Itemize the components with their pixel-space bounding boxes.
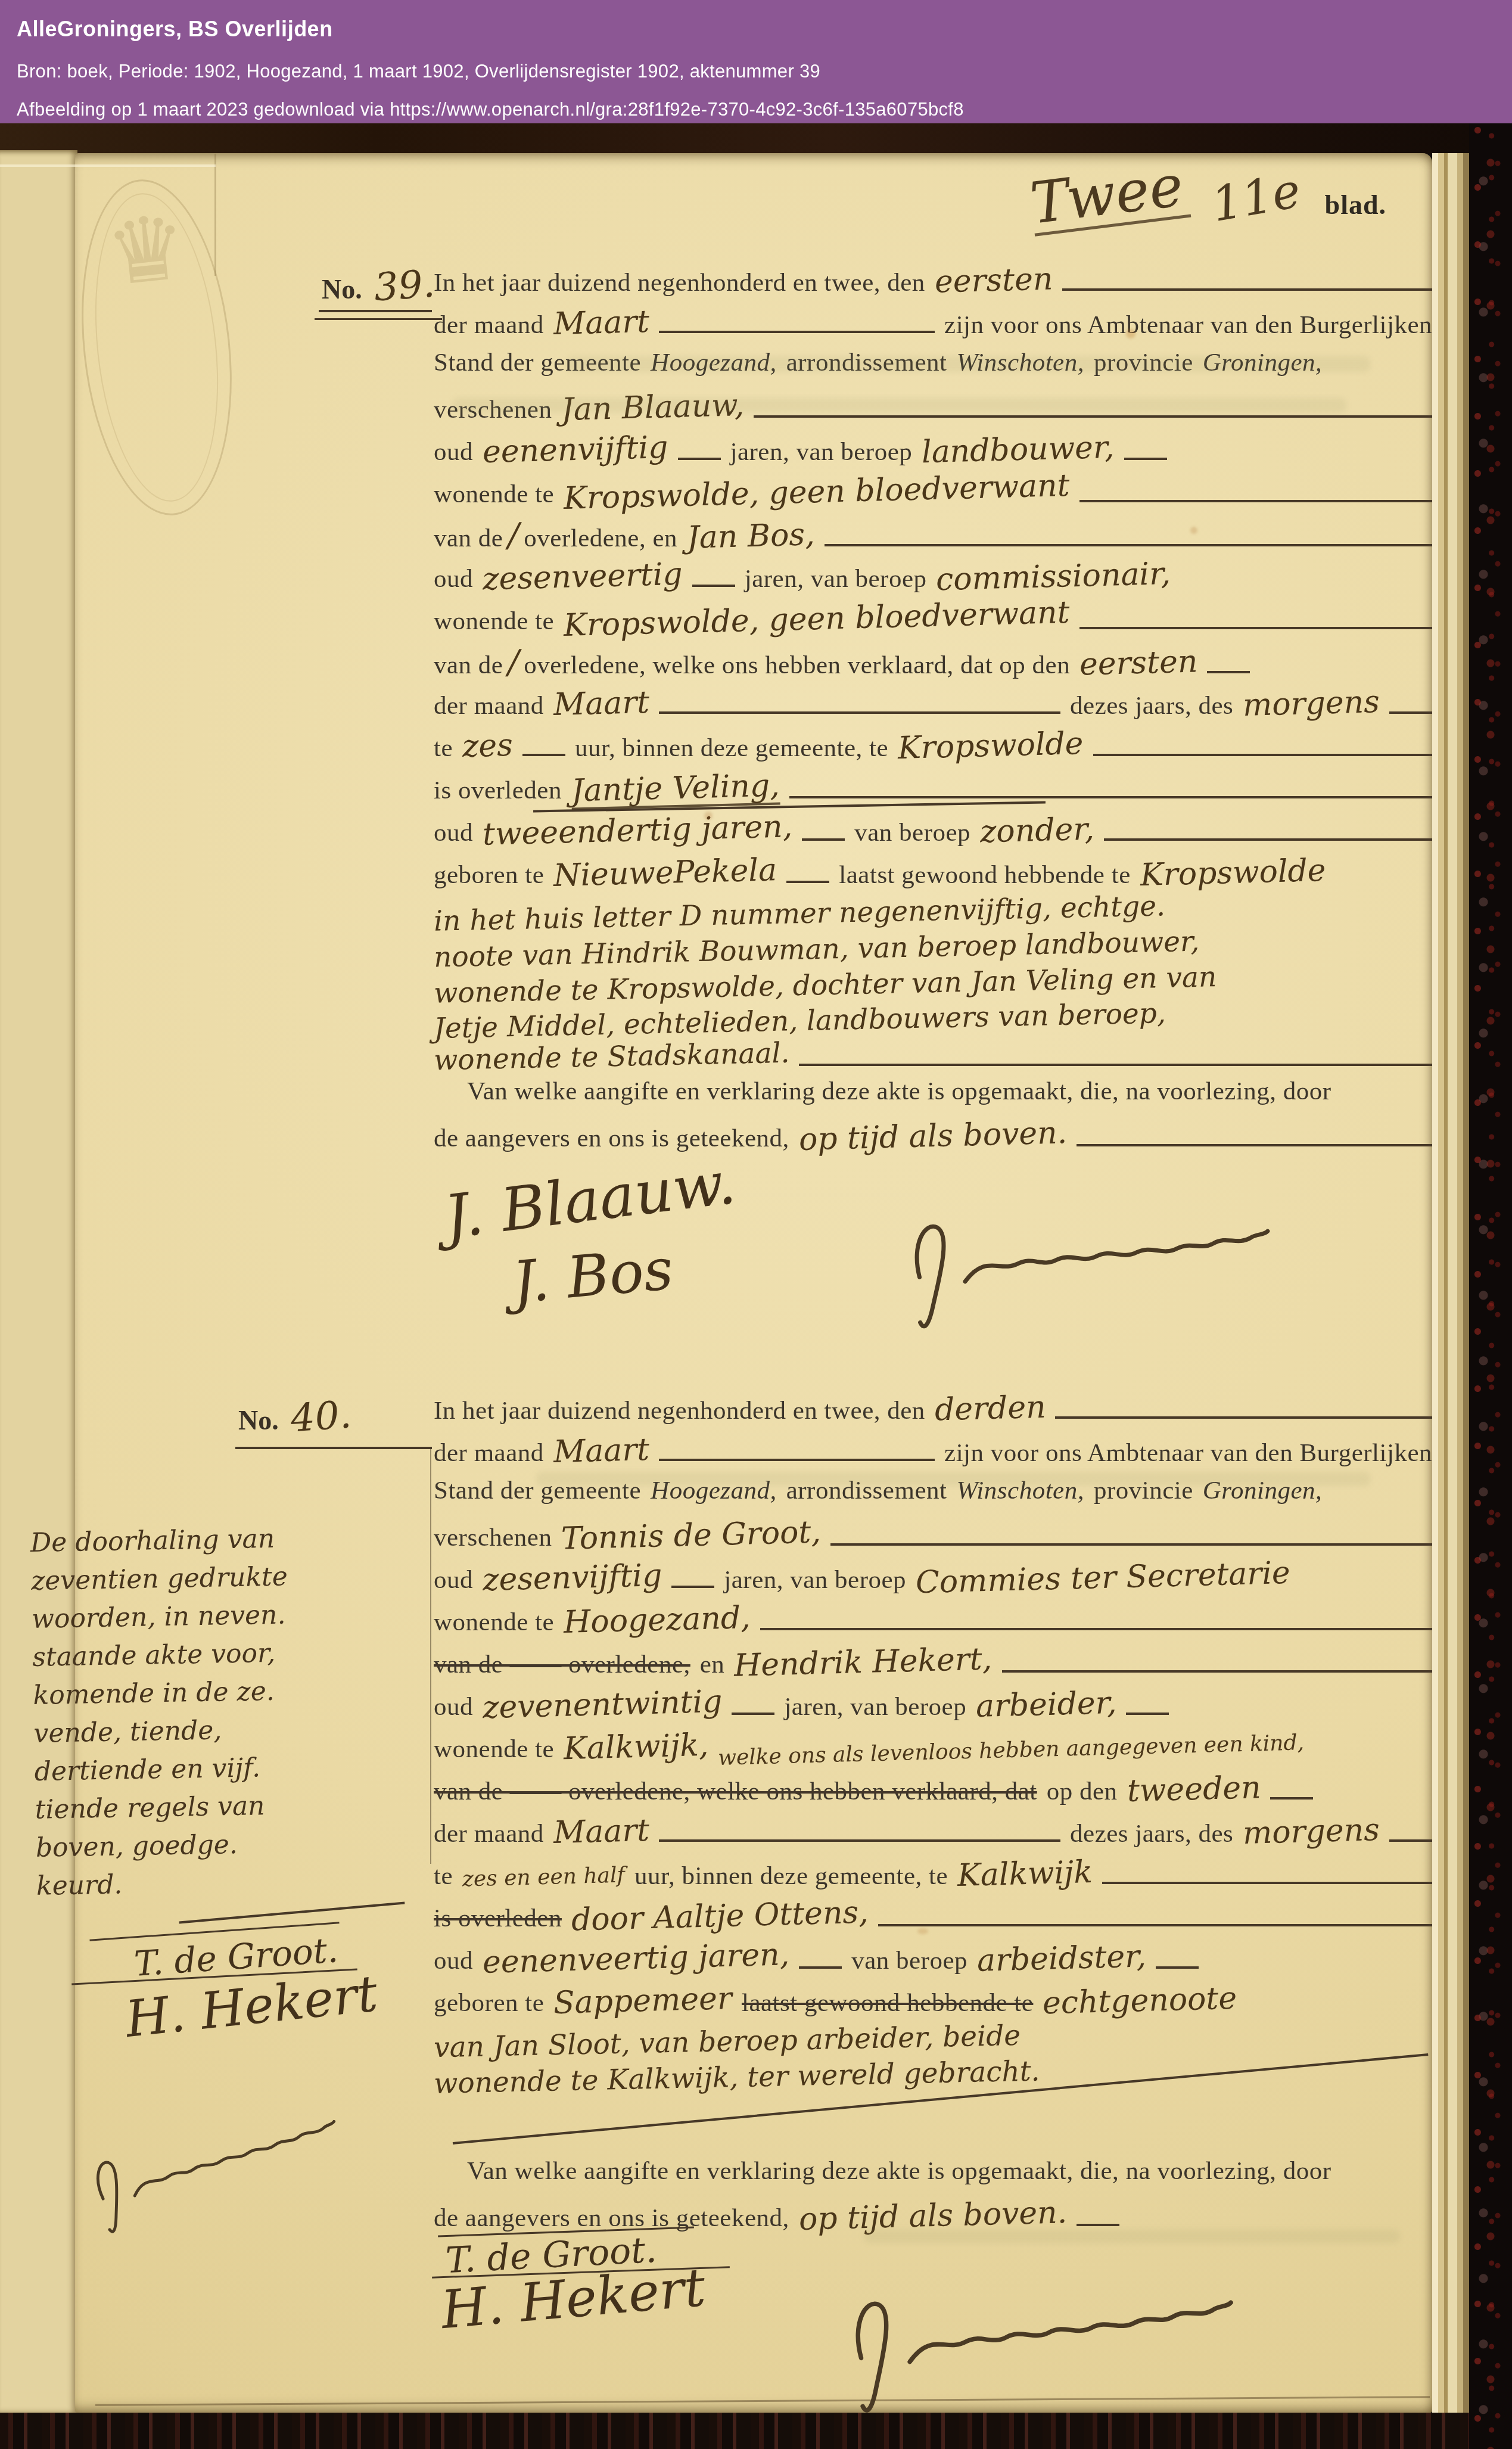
handwritten-text: op tijd als boven. xyxy=(798,1117,1067,1155)
handwritten-text: Kropswolde, geen bloedverwant xyxy=(563,470,1070,514)
paper-stain xyxy=(1126,329,1135,338)
ink-bleed-ghost xyxy=(566,356,1370,372)
margin-note-line: boven, goedge. xyxy=(35,1822,438,1867)
handwritten-text: derden xyxy=(934,1392,1046,1426)
printed-text: oud xyxy=(434,566,473,592)
margin-note-line: staande akte voor, xyxy=(32,1631,435,1677)
filler-rule xyxy=(659,694,1060,714)
handwritten-text: van Jan Sloot, van beroep arbeider, beid… xyxy=(434,2022,1021,2062)
printed-text: In het jaar duizend negenhonderd en twee… xyxy=(434,270,925,296)
printed-text: verschenen xyxy=(434,1525,552,1550)
printed-text: der maand xyxy=(434,1821,544,1847)
form-line: oudzesenveertigjaren, van beroepcommissi… xyxy=(434,561,1432,604)
handwritten-text: zes en een half xyxy=(462,1864,626,1890)
printed-text: uur, binnen deze gemeente, te xyxy=(575,735,888,761)
margin-note-line: vende, tiende, xyxy=(33,1708,437,1753)
form-line: van de∕overledene, enJan Bos, xyxy=(434,519,1432,561)
printed-text: wonende te xyxy=(434,481,554,507)
filler-dash xyxy=(802,821,845,841)
filler-dash xyxy=(1124,440,1167,460)
filler-dash xyxy=(1389,1822,1432,1842)
handwritten-text: Sappemeer xyxy=(553,1983,733,2019)
official-signature-scribble xyxy=(842,2257,1243,2420)
printed-text: der maand xyxy=(434,1440,544,1466)
margin-note-line: tiende regels van xyxy=(35,1784,438,1829)
handwritten-text: Maart xyxy=(553,1815,649,1848)
printed-text: is overleden xyxy=(434,1906,562,1931)
printed-text: oud xyxy=(434,1948,473,1974)
handwritten-text: welke ons als levenloos hebben aangegeve… xyxy=(718,1732,1305,1769)
form-line: der maandMaartzijn voor ons Ambtenaar va… xyxy=(434,307,1432,350)
filler-dash xyxy=(692,567,735,587)
handwritten-text: door Aaltje Ottens, xyxy=(571,1897,869,1935)
signature-declarant-2: J. Bos xyxy=(510,1235,676,1316)
book-cover-right xyxy=(1469,123,1512,2449)
handwritten-text: wonende te Stadskanaal. xyxy=(434,1039,790,1075)
filler-rule xyxy=(830,1525,1432,1546)
handwritten-text: Maart xyxy=(553,306,649,340)
form-line: tezesuur, binnen deze gemeente, teKropsw… xyxy=(434,731,1432,773)
act-no-value: 39. xyxy=(373,265,436,307)
filler-rule xyxy=(659,1822,1060,1842)
filler-rule xyxy=(878,1906,1432,1926)
margin-note-line: De doorhaling van xyxy=(30,1517,433,1562)
printed-text: laatst gewoond hebbende te xyxy=(839,862,1130,888)
filler-dash xyxy=(1077,2206,1119,2226)
page-top-edge-highlight xyxy=(0,164,216,167)
ink-bleed-ghost xyxy=(864,2230,1400,2243)
handwritten-text: eenenvijftig xyxy=(482,432,668,468)
filler-rule xyxy=(1079,482,1432,502)
margin-note-line: dertiende en vijf. xyxy=(34,1746,437,1791)
printed-text: van de —— overledene, xyxy=(434,1652,690,1677)
printed-text: de aangevers en ons is geteekend, xyxy=(434,2205,789,2231)
handwritten-text: tweeendertig jaren, xyxy=(482,811,792,850)
printed-text: wonende te xyxy=(434,608,554,634)
filler-dash xyxy=(799,1948,842,1969)
form-line: wonende teHoogezand, xyxy=(434,1605,1432,1647)
handwritten-volume-note: Twee xyxy=(1028,156,1191,236)
form-line: wonende teKropswolde, geen bloedverwant xyxy=(434,477,1432,519)
printed-text: wonende te xyxy=(434,1736,554,1762)
printed-text: te xyxy=(434,1863,453,1889)
act-number-39: No. 39. xyxy=(322,267,435,305)
filler-rule xyxy=(1055,1398,1432,1419)
handwritten-text: zes xyxy=(462,730,513,762)
form-line: noote van Hindrik Bouwman, van beroep la… xyxy=(434,936,1432,971)
printed-text: oud xyxy=(434,439,473,465)
handwritten-text: Hoogezand, xyxy=(563,1602,751,1638)
printed-text: jaren, van beroep xyxy=(745,566,927,592)
filler-rule xyxy=(1077,1126,1432,1146)
handwritten-text: zonder, xyxy=(979,813,1094,847)
filler-dash xyxy=(678,440,721,460)
handwritten-text: zevenentwintig xyxy=(482,1686,723,1724)
filler-rule xyxy=(789,778,1432,798)
printed-text: te xyxy=(434,735,453,761)
handwritten-text: commissionair, xyxy=(936,558,1171,595)
handwritten-text: arbeidster, xyxy=(976,1941,1146,1976)
printed-text: van beroep xyxy=(851,1948,967,1974)
handwritten-text: Jantje Veling, xyxy=(571,770,780,810)
handwritten-text: Commies ter Secretarie xyxy=(916,1558,1291,1598)
printed-text: der maand xyxy=(434,312,544,338)
ink-bleed-ghost xyxy=(453,398,1346,412)
form-line: van de∕overledene, welke ons hebben verk… xyxy=(434,646,1432,688)
filler-rule xyxy=(760,1610,1432,1630)
printed-text: oud xyxy=(434,1567,473,1593)
pen-stroke xyxy=(319,310,432,312)
form-line: oudeenenveertig jaren,van beroeparbeidst… xyxy=(434,1943,1432,1985)
filler-rule xyxy=(1102,1864,1432,1884)
filler-dash xyxy=(1156,1948,1199,1969)
printed-text: Van welke aangifte en verklaring deze ak… xyxy=(467,1079,1331,1104)
handwritten-text: Kropswolde xyxy=(1140,855,1326,891)
filler-rule xyxy=(1104,821,1432,841)
printed-text: zijn voor ons Ambtenaar van den Burgerli… xyxy=(944,1440,1432,1466)
filler-rule xyxy=(1079,609,1432,629)
handwritten-text: Hendrik Hekert, xyxy=(734,1643,993,1681)
printed-text: dezes jaars, des xyxy=(1070,693,1233,719)
printed-text: jaren, van beroep xyxy=(730,439,913,465)
handwritten-text: morgens xyxy=(1243,686,1380,721)
download-line: Afbeelding op 1 maart 2023 gedownload vi… xyxy=(17,99,1495,120)
filler-dash xyxy=(786,863,829,883)
handwritten-text: Jan Bos, xyxy=(686,519,815,554)
form-line: der maandMaartdezes jaars, desmorgens xyxy=(434,1816,1432,1858)
filler-dash xyxy=(732,1695,774,1715)
handwritten-text: Maart xyxy=(553,687,649,720)
book-cover-bottom xyxy=(0,2413,1469,2449)
handwritten-text: zesenveertig xyxy=(482,559,683,595)
paper-stain xyxy=(917,1928,928,1934)
sheet-corner-note: Twee 11e blad. xyxy=(1031,166,1386,227)
printed-text: en xyxy=(700,1652,725,1677)
printed-text: overledene, welke ons hebben verklaard, … xyxy=(524,652,1070,678)
site-header: AlleGroningers, BS Overlijden Bron: boek… xyxy=(0,0,1512,123)
paper-stain xyxy=(704,812,713,820)
printed-text: ∕ xyxy=(508,519,519,552)
handwritten-text: Tonnis de Groot, xyxy=(561,1516,822,1554)
printed-text: oud xyxy=(434,1694,473,1720)
printed-text: dezes jaars, des xyxy=(1070,1821,1233,1847)
handwritten-text: echtgenoote xyxy=(1043,1983,1237,2019)
act-no-label: No. xyxy=(322,276,362,303)
filler-dash xyxy=(1126,1695,1169,1715)
form-line: van de —— overledene,enHendrik Hekert, xyxy=(434,1647,1432,1689)
underlying-page-edge xyxy=(0,150,77,2413)
act-number-40: No. 40. xyxy=(238,1398,351,1436)
filler-dash xyxy=(1270,1779,1313,1800)
handwritten-text: Kropswolde xyxy=(897,728,1084,764)
margin-note-line: komende in de ze. xyxy=(33,1670,436,1715)
form-line: Jetje Middel, echtelieden, landbouwers v… xyxy=(434,1007,1432,1043)
blad-label: blad. xyxy=(1325,191,1386,219)
printed-text: oud xyxy=(434,820,473,846)
paper-stain xyxy=(1190,527,1197,534)
source-line: Bron: boek, Periode: 1902, Hoogezand, 1 … xyxy=(17,61,1495,82)
printed-text: geboren te xyxy=(434,1990,544,2016)
handwritten-text: Kalkwijk, xyxy=(563,1730,709,1764)
printed-text: wonende te xyxy=(434,1609,554,1635)
filler-rule xyxy=(659,313,935,333)
margin-annotation: De doorhaling vanzeventien gedruktewoord… xyxy=(30,1517,439,1906)
filler-dash xyxy=(522,736,565,756)
handwritten-text: eersten xyxy=(1079,646,1199,680)
page-edges-stack xyxy=(1432,153,1469,2413)
filler-rule xyxy=(659,1441,935,1461)
form-line: wonende te Stadskanaal. xyxy=(434,1043,1432,1079)
form-line: wonende teKalkwijk,welke ons als levenlo… xyxy=(434,1732,1432,1774)
printed-text: uur, binnen deze gemeente, te xyxy=(634,1863,948,1889)
filler-dash xyxy=(1389,694,1432,714)
act40-body: In het jaar duizend negenhonderd en twee… xyxy=(434,1393,1432,2099)
page-fold-line xyxy=(214,154,216,276)
printed-text: In het jaar duizend negenhonderd en twee… xyxy=(434,1398,925,1424)
printed-text: der maand xyxy=(434,693,544,719)
printed-text: laatst gewoond hebbende te xyxy=(742,1990,1033,2016)
book-cover-top-edge xyxy=(0,123,1512,154)
form-line: oudeenenvijftigjaren, van beroeplandbouw… xyxy=(434,434,1432,477)
margin-note-line: woorden, in neven. xyxy=(32,1593,435,1639)
handwritten-text: morgens xyxy=(1243,1814,1380,1849)
act-no-value: 40. xyxy=(290,1396,353,1438)
form-line: der maandMaartdezes jaars, desmorgens xyxy=(434,688,1432,731)
form-line: In het jaar duizend negenhonderd en twee… xyxy=(434,265,1432,307)
form-line: is overledendoor Aaltje Ottens, xyxy=(434,1901,1432,1943)
printed-text: van beroep xyxy=(854,820,970,846)
handwritten-text: arbeider, xyxy=(976,1687,1118,1722)
page-title: AlleGroningers, BS Overlijden xyxy=(17,17,1495,42)
filler-dash xyxy=(671,1568,714,1588)
printed-text: van de xyxy=(434,652,503,678)
form-line: Van welke aangifte en verklaring deze ak… xyxy=(434,2158,1432,2201)
handwritten-sheet-number: 11e xyxy=(1209,167,1305,229)
printed-text: zijn voor ons Ambtenaar van den Burgerli… xyxy=(944,312,1432,338)
printed-text: jaren, van beroep xyxy=(784,1694,966,1720)
filler-rule xyxy=(1062,271,1432,291)
handwritten-text: eersten xyxy=(934,263,1053,297)
handwritten-text: NieuwePekela xyxy=(553,854,777,891)
form-line: de aangevers en ons is geteekend,op tijd… xyxy=(434,1121,1432,1163)
handwritten-text: Kalkwijk xyxy=(957,1857,1093,1891)
pen-stroke xyxy=(235,1447,432,1449)
filler-rule xyxy=(825,526,1432,546)
printed-text: de aangevers en ons is geteekend, xyxy=(434,1126,789,1151)
official-signature-scribble xyxy=(903,1188,1278,1337)
form-line: Van welke aangifte en verklaring deze ak… xyxy=(434,1079,1432,1121)
form-line: wonende teKropswolde, geen bloedverwant xyxy=(434,604,1432,646)
form-line: oudtweeendertig jaren,van beroepzonder, xyxy=(434,815,1432,857)
handwritten-text: Kropswolde, geen bloedverwant xyxy=(563,597,1070,641)
margin-note-line: keurd. xyxy=(36,1860,440,1906)
printed-text: geboren te xyxy=(434,862,544,888)
form-line: oudzesenvijftigjaren, van beroepCommies … xyxy=(434,1562,1432,1605)
handwritten-text: wonende te Kalkwijk, ter wereld gebracht… xyxy=(434,2057,1040,2097)
form-line: tezes en een halfuur, binnen deze gemeen… xyxy=(434,1858,1432,1901)
form-line: geboren teNieuwePekelalaatst gewoond heb… xyxy=(434,857,1432,900)
printed-text: is overleden xyxy=(434,778,562,803)
printed-text: overledene, en xyxy=(524,526,677,551)
printed-text: op den xyxy=(1047,1779,1118,1804)
handwritten-text: Maart xyxy=(553,1434,649,1468)
filler-rule xyxy=(799,1046,1432,1066)
printed-text: van de —— overledene, welke ons hebben v… xyxy=(434,1779,1037,1804)
handwritten-text: tweeden xyxy=(1127,1772,1261,1807)
form-line: van de —— overledene, welke ons hebben v… xyxy=(434,1774,1432,1816)
printed-text: jaren, van beroep xyxy=(724,1567,906,1593)
pen-stroke xyxy=(315,318,442,320)
handwritten-text: landbouwer, xyxy=(922,432,1115,468)
form-line: oudzevenentwintigjaren, van beroeparbeid… xyxy=(434,1689,1432,1732)
form-line: In het jaar duizend negenhonderd en twee… xyxy=(434,1393,1432,1435)
margin-note-line: zeventien gedrukte xyxy=(31,1555,434,1600)
filler-rule xyxy=(1093,736,1432,756)
filler-rule xyxy=(1002,1652,1433,1673)
filler-dash xyxy=(1207,653,1250,673)
handwritten-text: eenenveertig jaren, xyxy=(482,1939,789,1978)
printed-text: van de xyxy=(434,526,503,551)
handwritten-text: zesenvijftig xyxy=(482,1560,662,1596)
act-no-label: No. xyxy=(238,1407,279,1434)
ink-bleed-ghost xyxy=(536,1472,1370,1486)
printed-text: Van welke aangifte en verklaring deze ak… xyxy=(467,2158,1331,2184)
printed-text: ∕ xyxy=(508,646,519,679)
